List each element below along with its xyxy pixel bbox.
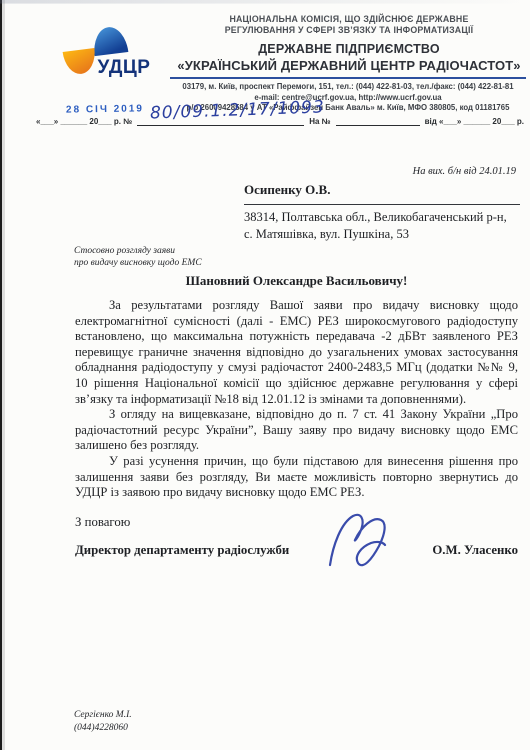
- body-paragraph: З огляду на вищевказане, відповідно до п…: [75, 407, 518, 454]
- authority-line-2: РЕГУЛЮВАННЯ У СФЕРІ ЗВ’ЯЗКУ ТА ІНФОРМАТИ…: [172, 25, 526, 36]
- signer-title: Директор департаменту радіослужби: [75, 543, 289, 558]
- logo-wordmark: УДЦР: [98, 57, 151, 78]
- scanned-letter-page: УДЦР НАЦІОНАЛЬНА КОМІСІЯ, ЩО ЗДІЙСНЮЄ ДЕ…: [0, 0, 530, 750]
- date-stamp: 28 СІЧ 2019: [66, 103, 144, 115]
- executor-phone: (044)4228060: [74, 722, 132, 735]
- header-rule: [170, 77, 526, 79]
- subject-line-2: про видачу висновку щодо ЕМС: [74, 257, 202, 269]
- ref-reply-label: На №: [309, 117, 330, 126]
- signer-row: Директор департаменту радіослужби О.М. У…: [75, 543, 518, 558]
- signature-scribble: [324, 503, 436, 575]
- executor-name: Сергієнко М.І.: [74, 709, 132, 722]
- contact-address: 03179, м. Київ, проспект Перемоги, 151, …: [168, 82, 528, 93]
- recipient-address-2: с. Матяшівка, вул. Пушкіна, 53: [244, 226, 522, 243]
- closing: З повагою: [75, 515, 518, 530]
- scan-edge-shadow: [2, 0, 5, 750]
- ref-reply-date-blank: від «___» ______ 20___ р.: [425, 117, 524, 126]
- org-type: ДЕРЖАВНЕ ПІДПРИЄМСТВО: [172, 42, 526, 56]
- letter-body: Шановний Олександре Васильовичу! За резу…: [75, 273, 518, 558]
- body-paragraph: У разі усунення причин, що були підставо…: [75, 454, 518, 501]
- incoming-ref-note: На вих. б/н від 24.01.19: [413, 166, 516, 177]
- udcr-logo: УДЦР: [60, 16, 178, 80]
- recipient-underline: [244, 204, 520, 205]
- ref-date-blank: «___» ______ 20___ р. №: [36, 117, 132, 126]
- recipient-address-1: 38314, Полтавська обл., Великобагаченськ…: [244, 209, 522, 226]
- logo-orange-wave-icon: [63, 48, 98, 76]
- body-paragraph: За результатами розгляду Вашої заяви про…: [75, 298, 518, 407]
- subject-note: Стосовно розгляду заяви про видачу висно…: [74, 245, 202, 269]
- signer-name: О.М. Уласенко: [432, 543, 518, 558]
- subject-line-1: Стосовно розгляду заяви: [74, 245, 202, 257]
- letterhead: НАЦІОНАЛЬНА КОМІСІЯ, ЩО ЗДІЙСНЮЄ ДЕРЖАВН…: [172, 14, 526, 73]
- recipient-name: Осипенку О.В.: [244, 182, 522, 198]
- authority-line-1: НАЦІОНАЛЬНА КОМІСІЯ, ЩО ЗДІЙСНЮЄ ДЕРЖАВН…: [172, 14, 526, 25]
- logo-blue-wave-icon: [91, 25, 128, 56]
- executor-block: Сергієнко М.І. (044)4228060: [74, 709, 132, 735]
- salutation: Шановний Олександре Васильовичу!: [75, 273, 518, 289]
- recipient-block: Осипенку О.В. 38314, Полтавська обл., Ве…: [244, 182, 522, 242]
- scan-streak: [0, 0, 530, 3]
- org-name: «УКРАЇНСЬКИЙ ДЕРЖАВНИЙ ЦЕНТР РАДІОЧАСТОТ…: [172, 58, 526, 73]
- ref-reply-blank: [336, 117, 420, 126]
